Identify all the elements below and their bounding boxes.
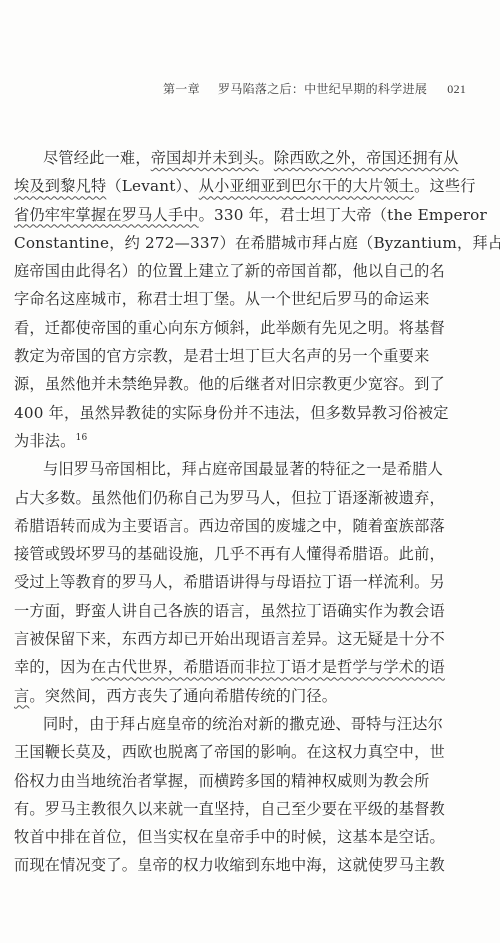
underline-annotation: 在古代世界，希腊语而非拉丁语才是哲学与学术的语: [91, 658, 445, 676]
text-line: 俗权力由当地统治者掌握，而横跨多国的精神权威则为教会所: [14, 767, 414, 795]
text-line: 看，迁都使帝国的重心向东方倾斜，此举颇有先见之明。将基督: [14, 314, 414, 342]
underline-annotation: 帝国却并未到头: [151, 149, 259, 167]
text-line: 同时，由于拜占庭皇帝的统治对新的撒克逊、哥特与汪达尔: [14, 710, 414, 738]
text-line: 400 年，虽然异教徒的实际身份并不违法，但多数异教习俗被定: [14, 399, 414, 427]
underline-annotation: 从小亚细亚到巴尔干的大片领土: [199, 177, 414, 195]
text-line: 幸的，因为在古代世界，希腊语而非拉丁语才是哲学与学术的语: [14, 653, 414, 681]
underline-annotation: 埃及到黎凡特: [14, 177, 106, 195]
footnote-marker[interactable]: 16: [76, 433, 88, 443]
underline-annotation: 省仍牢牢掌握在罗马人手中: [14, 206, 199, 224]
paragraph: 尽管经此一难，帝国却并未到头。除西欧之外，帝国还拥有从 埃及到黎凡特（Levan…: [14, 144, 414, 455]
text-line: 为非法。16: [14, 427, 414, 455]
paragraph: 同时，由于拜占庭皇帝的统治对新的撒克逊、哥特与汪达尔 王国鞭长莫及，西欧也脱离了…: [14, 710, 414, 880]
text-line: 而现在情况变了。皇帝的权力收缩到东地中海，这就使罗马主教: [14, 851, 414, 879]
page-number: 021: [447, 82, 466, 96]
paragraph: 与旧罗马帝国相比，拜占庭帝国最显著的特征之一是希腊人 占大多数。虽然他们仍称自己…: [14, 455, 414, 710]
text-line: 占大多数。虽然他们仍称自己为罗马人，但拉丁语逐渐被遗弃，: [14, 484, 414, 512]
text-line: 字命名这座城市，称君士坦丁堡。从一个世纪后罗马的命运来: [14, 285, 414, 313]
text-line: 省仍牢牢掌握在罗马人手中。330 年，君士坦丁大帝（the Emperor: [14, 201, 414, 229]
text-line: 源，虽然他并未禁绝异教。他的后继者对旧宗教更少宽容。到了: [14, 370, 414, 398]
chapter-title: 罗马陷落之后：中世纪早期的科学进展: [218, 82, 427, 96]
text-line: 有。罗马主教很久以来就一直坚持，自己至少要在平级的基督教: [14, 795, 414, 823]
chapter-label: 第一章: [163, 82, 200, 96]
running-header: 第一章 罗马陷落之后：中世纪早期的科学进展 021: [163, 80, 466, 97]
text-line: Constantine，约 272—337）在希腊城市拜占庭（Byzantium…: [14, 229, 414, 257]
text-line: 王国鞭长莫及，西欧也脱离了帝国的影响。在这权力真空中，世: [14, 738, 414, 766]
text-line: 一方面，野蛮人讲自己各族的语言，虽然拉丁语确实作为教会语: [14, 597, 414, 625]
underline-annotation: 除西欧之外，帝国还拥有从: [274, 149, 459, 167]
underline-annotation: 言: [14, 687, 29, 705]
line-text: 为非法。: [14, 432, 76, 450]
text-line: 受过上等教育的罗马人，希腊语讲得与母语拉丁语一样流利。另: [14, 568, 414, 596]
text-line: 言被保留下来，东西方却已开始出现语言差异。这无疑是十分不: [14, 625, 414, 653]
text-line: 希腊语转而成为主要语言。西边帝国的废墟之中，随着蛮族部落: [14, 512, 414, 540]
text-line: 教定为帝国的官方宗教，是君士坦丁巨大名声的另一个重要来: [14, 342, 414, 370]
text-line: 与旧罗马帝国相比，拜占庭帝国最显著的特征之一是希腊人: [14, 455, 414, 483]
text-line: 接管或毁坏罗马的基础设施，几乎不再有人懂得希腊语。此前，: [14, 540, 414, 568]
text-line: 言。突然间，西方丧失了通向希腊传统的门径。: [14, 682, 414, 710]
text-line: 牧首中排在首位，但当实权在皇帝手中的时候，这基本是空话。: [14, 823, 414, 851]
text-line: 尽管经此一难，帝国却并未到头。除西欧之外，帝国还拥有从: [14, 144, 414, 172]
text-line: 埃及到黎凡特（Levant）、从小亚细亚到巴尔干的大片领土。这些行: [14, 172, 414, 200]
body-text: 尽管经此一难，帝国却并未到头。除西欧之外，帝国还拥有从 埃及到黎凡特（Levan…: [14, 144, 414, 880]
text-line: 庭帝国由此得名）的位置上建立了新的帝国首都，他以自己的名: [14, 257, 414, 285]
